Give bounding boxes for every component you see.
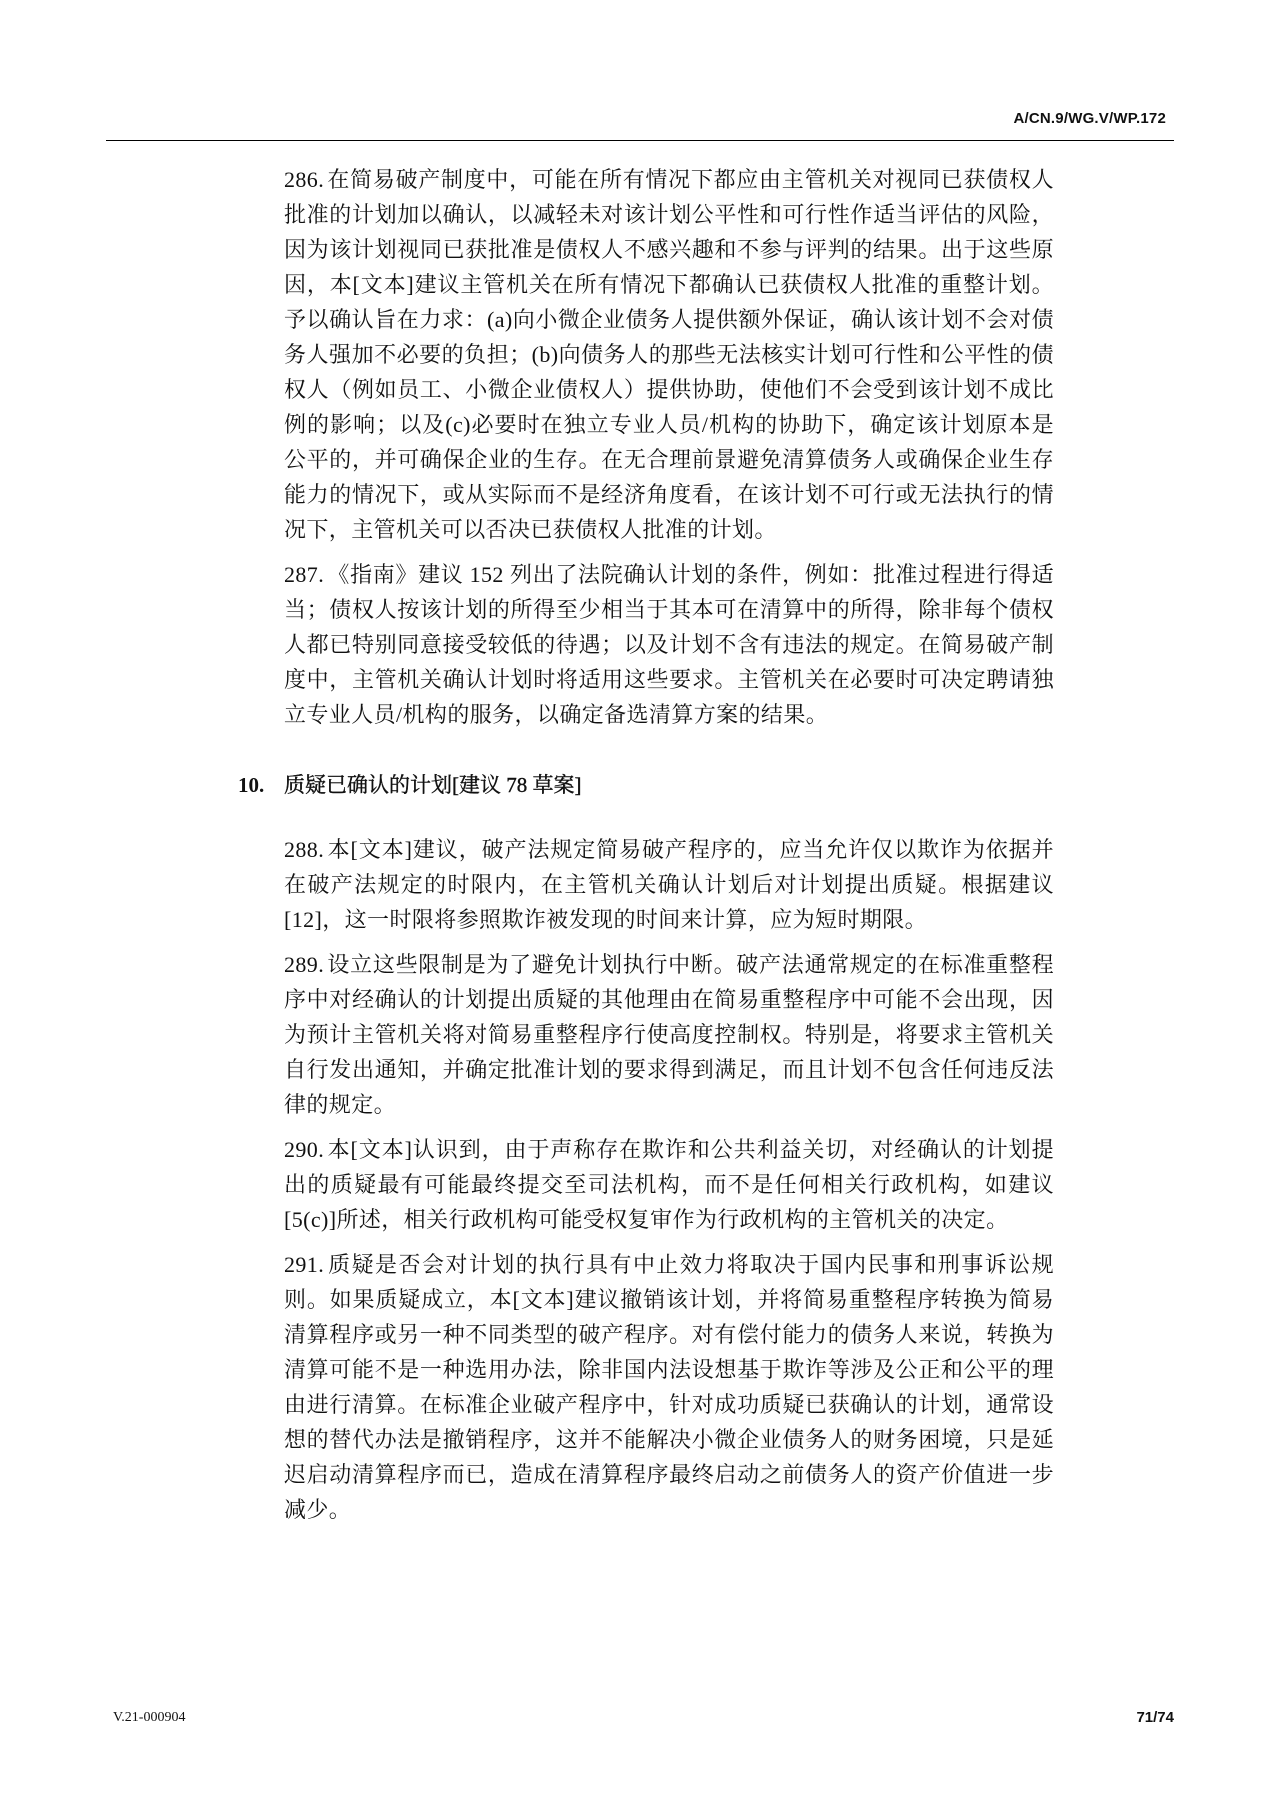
paragraph-text: 《指南》建议 152 列出了法院确认计划的条件，例如：批准过程进行得适当；债权人… xyxy=(284,562,1054,727)
paragraph-text: 设立这些限制是为了避免计划执行中断。破产法通常规定的在标准重整程序中对经确认的计… xyxy=(284,952,1054,1117)
paragraph-number: 291. xyxy=(284,1252,324,1277)
section-title: 质疑已确认的计划[建议 78 草案] xyxy=(284,773,582,797)
paragraph-number: 288. xyxy=(284,837,324,862)
section-heading: 10.质疑已确认的计划[建议 78 草案] xyxy=(238,770,1054,800)
paragraph-289: 289.设立这些限制是为了避免计划执行中断。破产法通常规定的在标准重整程序中对经… xyxy=(284,947,1054,1122)
paragraph-291: 291.质疑是否会对计划的执行具有中止效力将取决于国内民事和刑事诉讼规则。如果质… xyxy=(284,1247,1054,1527)
paragraph-number: 286. xyxy=(284,167,324,192)
paragraph-288: 288.本[文本]建议，破产法规定简易破产程序的，应当允许仅以欺诈为依据并在破产… xyxy=(284,832,1054,937)
paragraph-number: 287. xyxy=(284,562,324,587)
page-header: A/CN.9/WG.V/WP.172 xyxy=(106,108,1174,141)
paragraph-number: 290. xyxy=(284,1137,324,1162)
paragraph-text: 本[文本]认识到，由于声称存在欺诈和公共利益关切，对经确认的计划提出的质疑最有可… xyxy=(284,1137,1054,1232)
paragraph-text: 在简易破产制度中，可能在所有情况下都应由主管机关对视同已获债权人批准的计划加以确… xyxy=(284,167,1054,542)
document-body: 286.在简易破产制度中，可能在所有情况下都应由主管机关对视同已获债权人批准的计… xyxy=(284,162,1054,1537)
paragraph-text: 质疑是否会对计划的执行具有中止效力将取决于国内民事和刑事诉讼规则。如果质疑成立，… xyxy=(284,1252,1054,1522)
paragraph-287: 287.《指南》建议 152 列出了法院确认计划的条件，例如：批准过程进行得适当… xyxy=(284,557,1054,732)
job-number: V.21-000904 xyxy=(113,1710,185,1726)
paragraph-290: 290.本[文本]认识到，由于声称存在欺诈和公共利益关切，对经确认的计划提出的质… xyxy=(284,1132,1054,1237)
document-symbol: A/CN.9/WG.V/WP.172 xyxy=(1013,110,1166,127)
section-number: 10. xyxy=(238,770,284,800)
paragraph-number: 289. xyxy=(284,952,324,977)
page-number: 71/74 xyxy=(1136,1709,1174,1726)
paragraph-286: 286.在简易破产制度中，可能在所有情况下都应由主管机关对视同已获债权人批准的计… xyxy=(284,162,1054,547)
paragraph-text: 本[文本]建议，破产法规定简易破产程序的，应当允许仅以欺诈为依据并在破产法规定的… xyxy=(284,837,1054,932)
